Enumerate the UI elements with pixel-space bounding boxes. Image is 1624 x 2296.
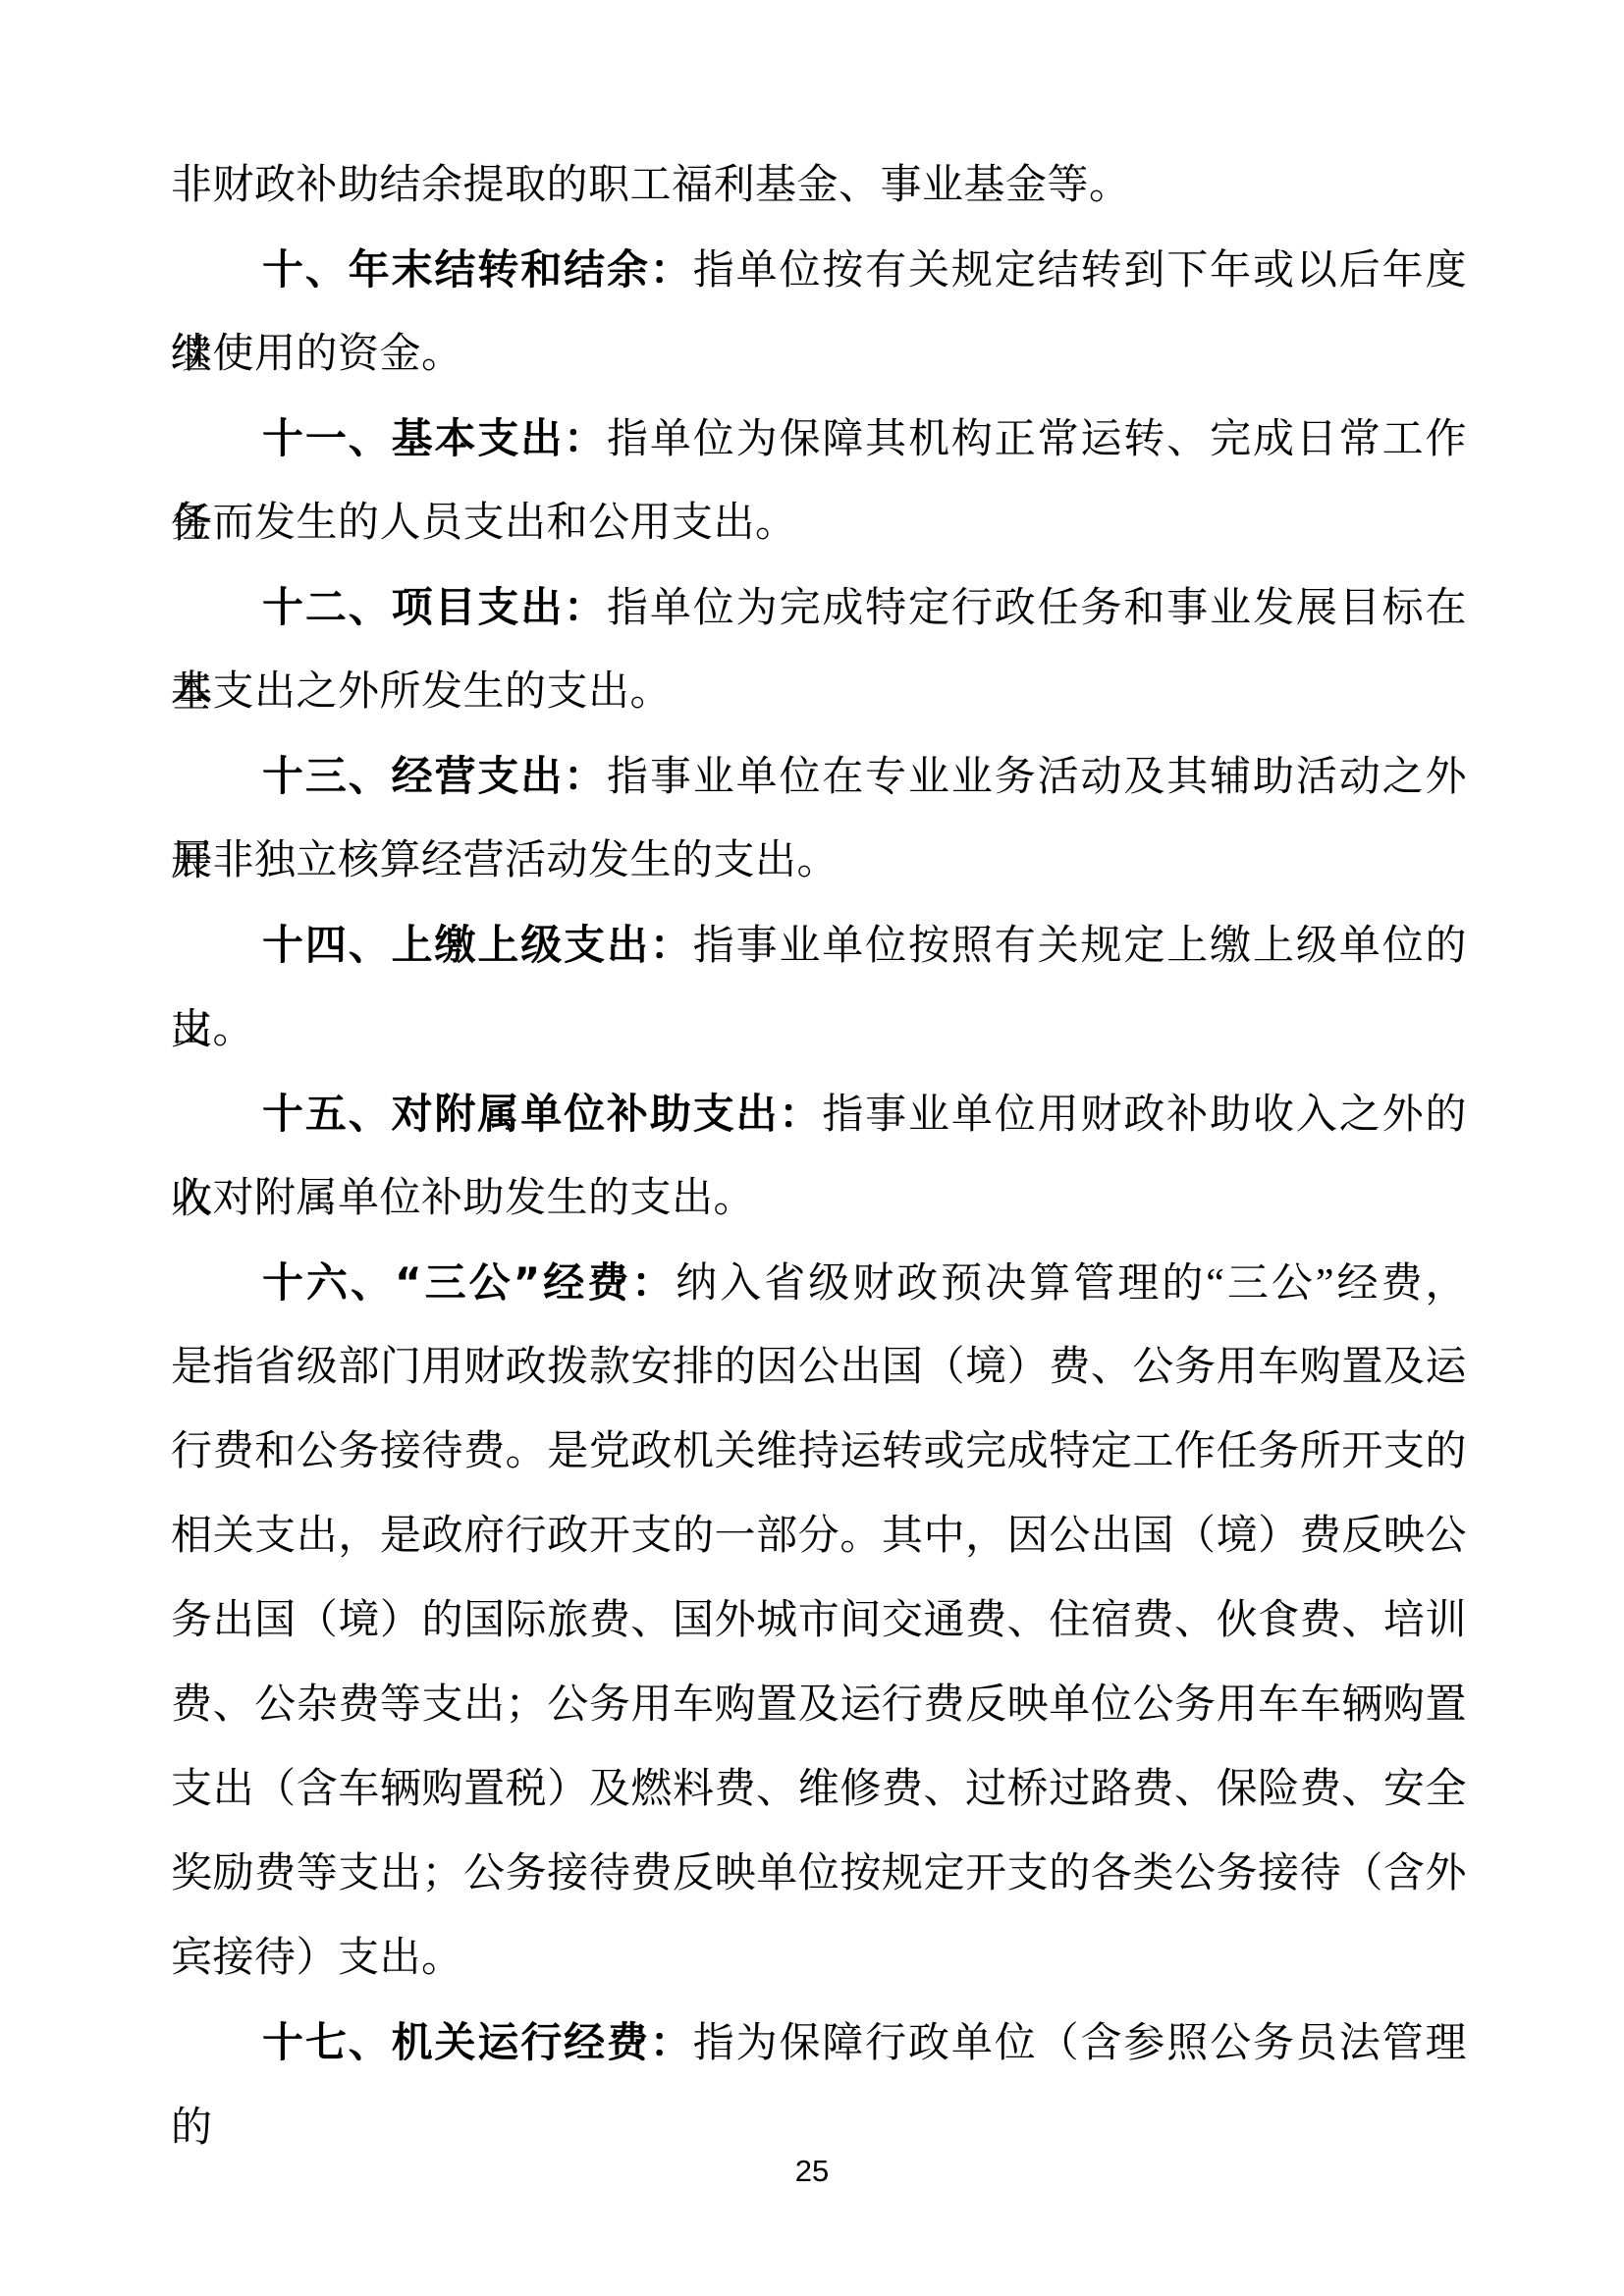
line-text: 支出（含车辆购置税）及燃料费、维修费、过桥过路费、保险费、安全 (171, 1767, 1467, 1812)
page-number: 25 (0, 2152, 1624, 2191)
line-text: 费、公杂费等支出；公务用车购置及运行费反映单位公务用车车辆购置 (171, 1682, 1467, 1728)
line-text: 奖励费等支出；公务接待费反映单位按规定开支的各类公务接待（含外 (171, 1851, 1467, 1896)
text-line: 务出国（境）的国际旅费、国外城市间交通费、住宿费、伙食费、培训 (171, 1578, 1467, 1663)
term-heading: 十一、基本支出： (262, 414, 607, 462)
line-text: 务出国（境）的国际旅费、国外城市间交通费、住宿费、伙食费、培训 (171, 1598, 1467, 1643)
line-text: 纳入省级财政预决算管理的“三公”经费， (676, 1261, 1467, 1307)
text-line: 行费和公务接待费。是党政机关维持运转或完成特定工作任务所开支的 (171, 1410, 1467, 1494)
text-line: 十五、对附属单位补助支出：指事业单位用财政补助收入之外的收 (171, 1072, 1467, 1156)
line-text: 行费和公务接待费。是党政机关维持运转或完成特定工作任务所开支的 (171, 1429, 1467, 1474)
document-body: 非财政补助结余提取的职工福利基金、事业基金等。十、年末结转和结余：指单位按有关规… (171, 143, 1467, 2085)
line-text: 是指省级部门用财政拨款安排的因公出国（境）费、公务用车购置及运 (171, 1345, 1467, 1390)
text-line: 出。 (171, 988, 1467, 1072)
term-heading: 十二、项目支出： (262, 583, 607, 631)
term-heading: 十、年末结转和结余： (262, 245, 693, 294)
line-text: 本支出之外所发生的支出。 (171, 669, 672, 715)
text-line: 十三、经营支出：指事业单位在专业业务活动及其辅助活动之外开 (171, 734, 1467, 819)
text-line: 续使用的资金。 (171, 312, 1467, 397)
text-line: 支出（含车辆购置税）及燃料费、维修费、过桥过路费、保险费、安全 (171, 1747, 1467, 1832)
line-text: 相关支出，是政府行政开支的一部分。其中，因公出国（境）费反映公 (171, 1514, 1467, 1559)
text-line: 费、公杂费等支出；公务用车购置及运行费反映单位公务用车车辆购置 (171, 1663, 1467, 1747)
text-line: 非财政补助结余提取的职工福利基金、事业基金等。 (171, 143, 1467, 228)
text-line: 十、年末结转和结余：指单位按有关规定结转到下年或以后年度继 (171, 228, 1467, 312)
text-line: 展非独立核算经营活动发生的支出。 (171, 819, 1467, 903)
text-line: 本支出之外所发生的支出。 (171, 650, 1467, 734)
line-text: 出。 (171, 1007, 254, 1052)
line-text: 续使用的资金。 (171, 332, 463, 377)
text-line: 务而发生的人员支出和公用支出。 (171, 481, 1467, 565)
line-text: 非财政补助结余提取的职工福利基金、事业基金等。 (171, 163, 1131, 208)
term-heading: 十五、对附属单位补助支出： (262, 1090, 822, 1138)
line-text: 务而发生的人员支出和公用支出。 (171, 501, 797, 546)
text-line: 相关支出，是政府行政开支的一部分。其中，因公出国（境）费反映公 (171, 1494, 1467, 1578)
term-heading: 十六、“三公”经费： (262, 1258, 676, 1307)
text-line: 十六、“三公”经费：纳入省级财政预决算管理的“三公”经费， (171, 1241, 1467, 1325)
text-line: 是指省级部门用财政拨款安排的因公出国（境）费、公务用车购置及运 (171, 1325, 1467, 1410)
text-line: 十一、基本支出：指单位为保障其机构正常运转、完成日常工作任 (171, 397, 1467, 481)
term-heading: 十七、机关运行经费： (262, 2018, 693, 2066)
term-heading: 十三、经营支出： (262, 752, 607, 800)
document-page: 非财政补助结余提取的职工福利基金、事业基金等。十、年末结转和结余：指单位按有关规… (0, 0, 1624, 2296)
line-text: 宾接待）支出。 (171, 1936, 463, 1981)
text-line: 宾接待）支出。 (171, 1916, 1467, 2001)
text-line: 奖励费等支出；公务接待费反映单位按规定开支的各类公务接待（含外 (171, 1832, 1467, 1916)
line-text: 展非独立核算经营活动发生的支出。 (171, 838, 839, 883)
term-heading: 十四、上缴上级支出： (262, 921, 693, 969)
text-line: 入对附属单位补助发生的支出。 (171, 1156, 1467, 1241)
line-text: 入对附属单位补助发生的支出。 (171, 1176, 755, 1221)
text-line: 十七、机关运行经费：指为保障行政单位（含参照公务员法管理的 (171, 2001, 1467, 2085)
text-line: 十二、项目支出：指单位为完成特定行政任务和事业发展目标在基 (171, 565, 1467, 650)
text-line: 十四、上缴上级支出：指事业单位按照有关规定上缴上级单位的支 (171, 903, 1467, 988)
